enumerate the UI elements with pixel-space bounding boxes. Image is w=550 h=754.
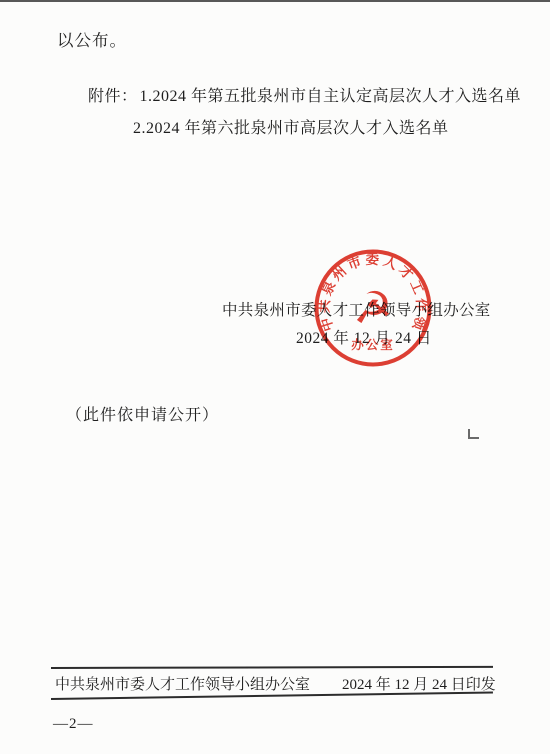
closing-line: 以公布。 — [57, 27, 127, 51]
hammer-and-sickle-icon: ☭ — [353, 283, 392, 334]
attachment-label: 附件： — [88, 88, 138, 105]
seal-bottom-text: 办公室 — [351, 337, 395, 352]
disclosure-note: （此件依申请公开） — [66, 402, 219, 425]
attachment-line-1: 附件：1.2024 年第五批泉州市自主认定高层次人才入选名单 — [88, 83, 521, 106]
footer-issuer: 中共泉州市委人才工作领导小组办公室 — [55, 673, 310, 694]
official-seal: 中共泉州市委人才工作领导小组 ☭ 办公室 — [312, 247, 434, 369]
footer-rule-top — [51, 666, 493, 669]
page-number: —2— — [53, 716, 94, 733]
attachment-item-1: 1.2024 年第五批泉州市自主认定高层次人才入选名单 — [140, 88, 522, 105]
attachment-item-2: 2.2024 年第六批泉州市高层次人才入选名单 — [133, 115, 449, 138]
document-page: 以公布。 附件：1.2024 年第五批泉州市自主认定高层次人才入选名单 2.20… — [0, 0, 550, 754]
scan-top-edge — [0, 0, 550, 2]
footer-line: 中共泉州市委人才工作领导小组办公室 2024 年 12 月 24 日印发 — [55, 673, 496, 694]
scan-artifact — [468, 429, 479, 439]
